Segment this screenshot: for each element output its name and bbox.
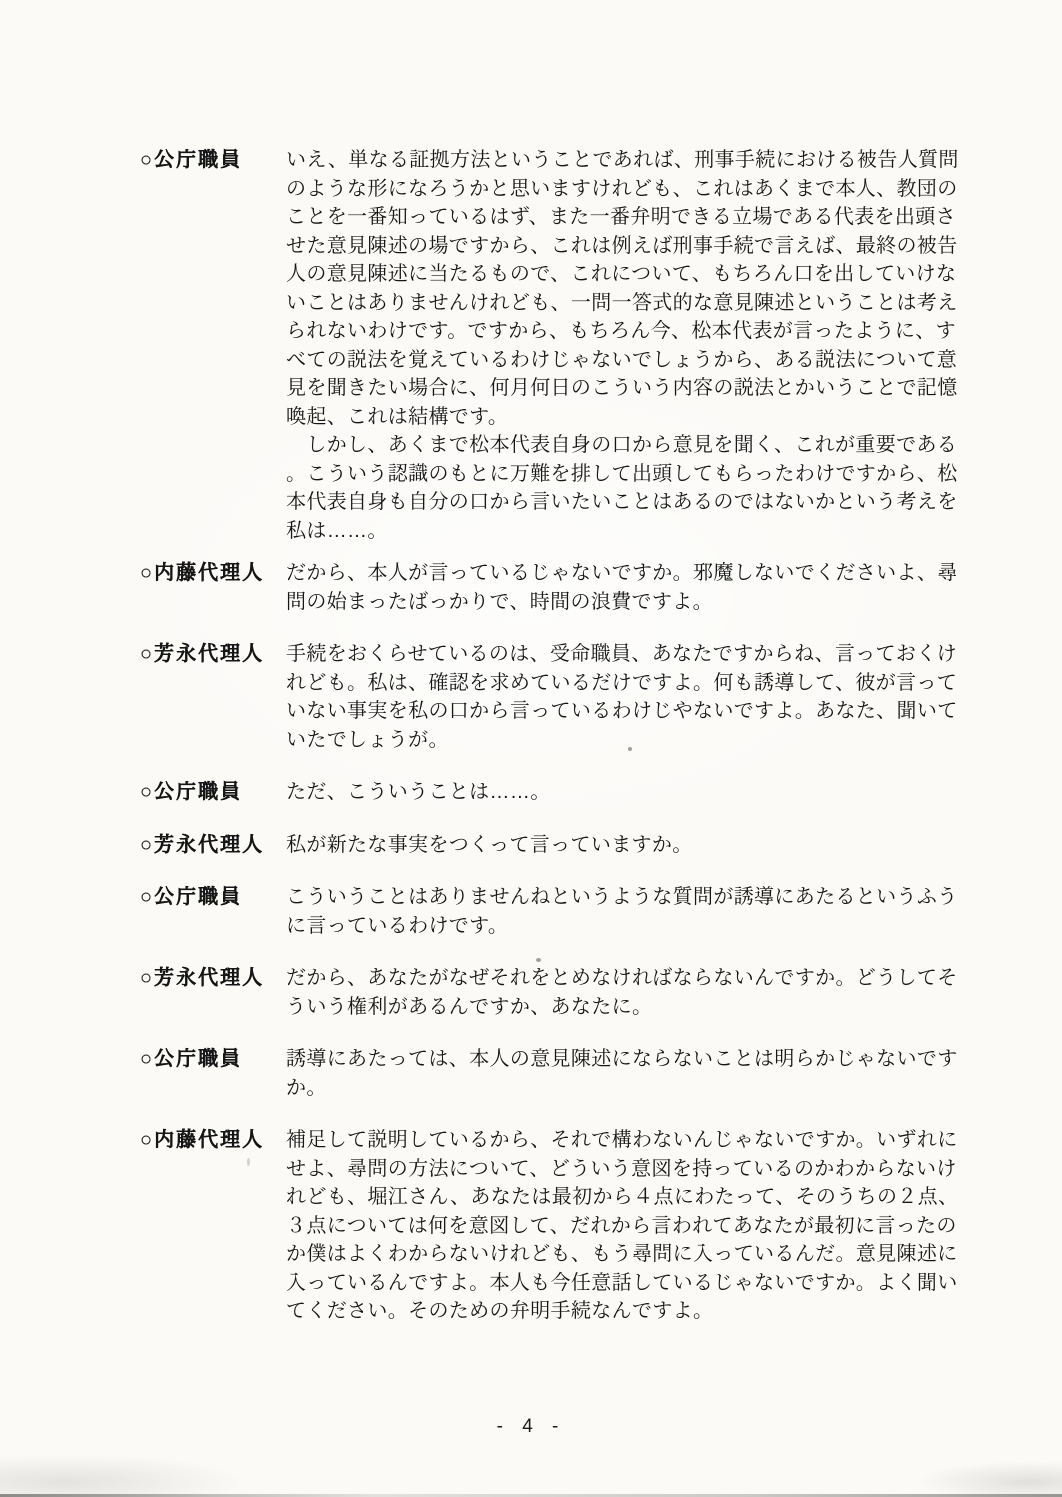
speech-line: こういうことはありませんねというような質問が誘導にあたるというふう [286,883,985,912]
scan-speck [628,747,632,751]
scan-speck [247,1158,250,1166]
speaker-label: ○芳永代理人 [140,640,286,669]
speech-line: 見を聞きたい場合に、何月何日のこういう内容の説法とかいうことで記憶 [286,374,985,403]
dialogue-block: ○芳永代理人 だから、あなたがなぜそれをとめなければならないんですか。どうしてそ… [140,964,985,1021]
speech-text: 私が新たな事実をつくって言っていますか。 [286,831,985,860]
dialogue-block: ○公庁職員 誘導にあたっては、本人の意見陳述にならないことは明らかじゃないですか… [140,1045,985,1102]
speech-line: 本代表自身も自分の口から言いたいことはあるのではないかという考えを [286,488,985,517]
transcript-page: ○公庁職員 いえ、単なる証拠方法ということであれば、刑事手続における被告人質問の… [0,0,1062,1497]
speech-line: いえ、単なる証拠方法ということであれば、刑事手続における被告人質問 [286,146,985,175]
speaker-label: ○内藤代理人 [140,559,286,588]
dialogue-block: ○公庁職員 いえ、単なる証拠方法ということであれば、刑事手続における被告人質問の… [140,146,985,545]
dialogue-block: ○公庁職員 ただ、こういうことは……。 [140,778,985,807]
speaker-label: ○内藤代理人 [140,1126,286,1155]
speech-line: だから、あなたがなぜそれをとめなければならないんですか。どうしてそ [286,964,985,993]
speech-paragraph: 補足して説明しているから、それで構わないんじゃないですか。いずれにせよ、尋問の方… [286,1126,985,1326]
speech-text: こういうことはありませんねというような質問が誘導にあたるというふうに言っているわ… [286,883,985,940]
dialogue-block: ○内藤代理人 補足して説明しているから、それで構わないんじゃないですか。いずれに… [140,1126,985,1326]
speech-line: れども、堀江さん、あなたは最初から４点にわたって、そのうちの２点、 [286,1183,985,1212]
speech-line: ただ、こういうことは……。 [286,778,985,807]
speech-line: に言っているわけです。 [286,912,985,941]
page-number: - 4 - [497,1416,566,1437]
speech-line: ういう権利があるんですか、あなたに。 [286,993,985,1022]
speech-paragraph: だから、あなたがなぜそれをとめなければならないんですか。どうしてそういう権利があ… [286,964,985,1021]
speech-line: せた意見陳述の場ですから、これは例えば刑事手続で言えば、最終の被告 [286,232,985,261]
speech-line: 人の意見陳述に当たるもので、これについて、もちろん口を出していけな [286,260,985,289]
scan-speck [536,958,541,962]
speech-line: れども。私は、確認を求めているだけですよ。何も誘導して、彼が言って [286,669,985,698]
speech-paragraph: だから、本人が言っているじゃないですか。邪魔しないでくださいよ、尋問の始まったば… [286,559,985,616]
dialogue-area: ○公庁職員 いえ、単なる証拠方法ということであれば、刑事手続における被告人質問の… [140,146,985,1326]
speech-line: いことはありませんけれども、一問一答式的な意見陳述ということは考え [286,289,985,318]
speech-line: しかし、あくまで松本代表自身の口から意見を聞く、これが重要である [286,431,985,460]
dialogue-block: ○内藤代理人 だから、本人が言っているじゃないですか。邪魔しないでくださいよ、尋… [140,559,985,616]
speech-line: 補足して説明しているから、それで構わないんじゃないですか。いずれに [286,1126,985,1155]
speech-line: いたでしょうが。 [286,726,985,755]
speech-line: べての説法を覚えているわけじゃないでしょうから、ある説法について意 [286,346,985,375]
speech-line: ３点については何を意図して、だれから言われてあなたが最初に言ったの [286,1212,985,1241]
scan-speck [930,352,933,355]
speech-line: 私は……。 [286,517,985,546]
speech-line: 私が新たな事実をつくって言っていますか。 [286,831,985,860]
speaker-label: ○公庁職員 [140,778,286,807]
speech-text: だから、本人が言っているじゃないですか。邪魔しないでくださいよ、尋問の始まったば… [286,559,985,616]
speech-text: 手続をおくらせているのは、受命職員、あなたですからね、言っておくけれども。私は、… [286,640,985,754]
speech-paragraph: こういうことはありませんねというような質問が誘導にあたるというふうに言っているわ… [286,883,985,940]
dialogue-block: ○公庁職員 こういうことはありませんねというような質問が誘導にあたるというふうに… [140,883,985,940]
speech-text: だから、あなたがなぜそれをとめなければならないんですか。どうしてそういう権利があ… [286,964,985,1021]
speech-paragraph: いえ、単なる証拠方法ということであれば、刑事手続における被告人質問のような形にな… [286,146,985,431]
speaker-label: ○芳永代理人 [140,831,286,860]
speech-line: せよ、尋問の方法について、どういう意図を持っているのかわからないけ [286,1155,985,1184]
dialogue-block: ○芳永代理人 私が新たな事実をつくって言っていますか。 [140,831,985,860]
speech-paragraph: 誘導にあたっては、本人の意見陳述にならないことは明らかじゃないですか。 [286,1045,985,1102]
speaker-label: ○公庁職員 [140,883,286,912]
speech-line: てください。そのための弁明手続なんですよ。 [286,1297,985,1326]
speech-line: 誘導にあたっては、本人の意見陳述にならないことは明らかじゃないです [286,1045,985,1074]
speech-line: ことを一番知っているはず、また一番弁明できる立場である代表を出頭さ [286,203,985,232]
speech-text: 補足して説明しているから、それで構わないんじゃないですか。いずれにせよ、尋問の方… [286,1126,985,1326]
dialogue-block: ○芳永代理人 手続をおくらせているのは、受命職員、あなたですからね、言っておくけ… [140,640,985,754]
speech-paragraph: しかし、あくまで松本代表自身の口から意見を聞く、これが重要である。こういう認識の… [286,431,985,545]
speech-line: 入っているんですよ。本人も今任意話しているじゃないですか。よく聞い [286,1269,985,1298]
speech-text: ただ、こういうことは……。 [286,778,985,807]
speech-line: か。 [286,1074,985,1103]
speech-line: だから、本人が言っているじゃないですか。邪魔しないでくださいよ、尋 [286,559,985,588]
speech-line: か僕はよくわからないけれども、もう尋問に入っているんだ。意見陳述に [286,1240,985,1269]
speaker-label: ○公庁職員 [140,1045,286,1074]
speaker-label: ○公庁職員 [140,146,286,175]
speech-line: のような形になろうかと思いますけれども、これはあくまで本人、教団の [286,175,985,204]
speech-line: られないわけです。ですから、もちろん今、松本代表が言ったように、す [286,317,985,346]
page-footer: - 4 - [0,1416,1062,1438]
speech-line: 問の始まったばっかりで、時間の浪費ですよ。 [286,588,985,617]
speech-line: いない事実を私の口から言っているわけじやないですよ。あなた、聞いて [286,697,985,726]
speech-line: 喚起、これは結構です。 [286,403,985,432]
speaker-label: ○芳永代理人 [140,964,286,993]
speech-text: 誘導にあたっては、本人の意見陳述にならないことは明らかじゃないですか。 [286,1045,985,1102]
speech-text: いえ、単なる証拠方法ということであれば、刑事手続における被告人質問のような形にな… [286,146,985,545]
speech-paragraph: 私が新たな事実をつくって言っていますか。 [286,831,985,860]
speech-line: 。こういう認識のもとに万難を排して出頭してもらったわけですから、松 [286,460,985,489]
speech-paragraph: 手続をおくらせているのは、受命職員、あなたですからね、言っておくけれども。私は、… [286,640,985,754]
speech-line: 手続をおくらせているのは、受命職員、あなたですからね、言っておくけ [286,640,985,669]
speech-paragraph: ただ、こういうことは……。 [286,778,985,807]
